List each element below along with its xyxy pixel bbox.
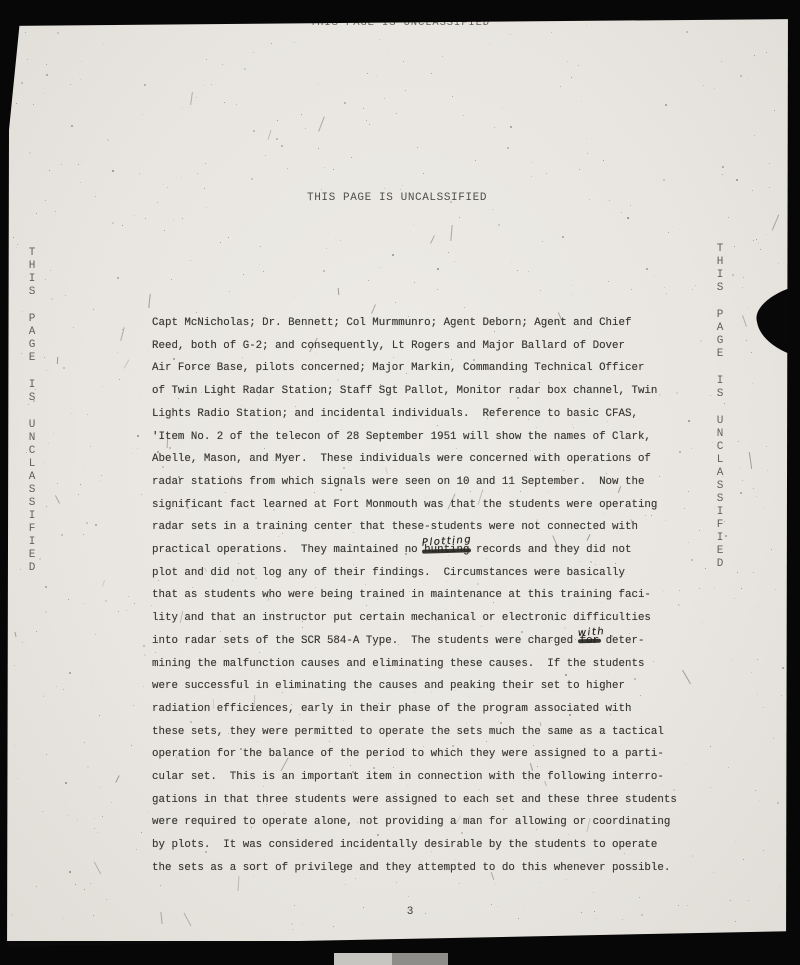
typed-line: radar stations from which signals were s… <box>152 471 677 494</box>
stamp-letter: I <box>24 273 40 286</box>
stamp-letter: H <box>24 260 40 273</box>
stamp-letter: S <box>712 388 728 401</box>
stamp-letter: L <box>24 458 40 471</box>
typed-line: practical operations. They maintained no… <box>152 539 677 562</box>
stamp-letter: P <box>712 309 728 322</box>
stamp-letter: I <box>24 379 40 392</box>
stamp-letter: N <box>24 432 40 445</box>
stamp-letter: E <box>24 352 40 365</box>
typed-line: operation for the balance of the period … <box>152 743 677 766</box>
typed-line: significant fact learned at Fort Monmout… <box>152 494 677 517</box>
typed-line: that as students who were being trained … <box>152 584 677 607</box>
stamp-letter: C <box>24 445 40 458</box>
struck-word: forwith <box>580 635 599 647</box>
stamp-letter: D <box>24 562 40 575</box>
typed-line: mining the malfunction causes and elimin… <box>152 653 677 676</box>
stamp-letter: C <box>712 441 728 454</box>
typed-line: Lights Radio Station; and incidental ind… <box>152 403 677 426</box>
stamp-letter: A <box>712 322 728 335</box>
stamp-letter: A <box>24 471 40 484</box>
stamp-letter: G <box>712 335 728 348</box>
stamp-letter: U <box>24 419 40 432</box>
stamp-letter: I <box>712 269 728 282</box>
typed-line: gations in that three students were assi… <box>152 789 677 812</box>
stamp-letter: S <box>712 480 728 493</box>
handwritten-note: Plotting <box>421 529 473 555</box>
stamp-letter: A <box>24 326 40 339</box>
stamp-letter: P <box>24 313 40 326</box>
right-stamp-vertical: THISPAGEISUNCLASSIFIED <box>712 243 728 571</box>
typed-line: Abelle, Mason, and Myer. These individua… <box>152 448 677 471</box>
stamp-letter: I <box>712 506 728 519</box>
stamp-letter: I <box>712 532 728 545</box>
typed-line: cular set. This is an important item in … <box>152 766 677 789</box>
typed-line: these sets, they were permitted to opera… <box>152 721 677 744</box>
typed-line: 'Item No. 2 of the telecon of 28 Septemb… <box>152 426 677 449</box>
stamp-letter: N <box>712 428 728 441</box>
stamp-letter: U <box>712 415 728 428</box>
stamp-letter: D <box>712 558 728 571</box>
stamp-letter: I <box>712 375 728 388</box>
typed-line: of Twin Light Radar Station; Staff Sgt P… <box>152 380 677 403</box>
stamp-letter: F <box>24 523 40 536</box>
stamp-letter: S <box>712 282 728 295</box>
stamp-letter: T <box>712 243 728 256</box>
stamp-letter: E <box>712 348 728 361</box>
handwritten-note: with <box>577 621 606 646</box>
stamp-letter: I <box>24 536 40 549</box>
typed-line: were required to operate alone, not prov… <box>152 811 677 834</box>
typed-line: Capt McNicholas; Dr. Bennett; Col Murmmu… <box>152 312 677 335</box>
typed-line: radiation efficiences, early in their ph… <box>152 698 677 721</box>
stamp-letter: S <box>24 286 40 299</box>
left-stamp-vertical: THISPAGEISUNCLASSIFIED <box>24 247 40 575</box>
typed-line: Reed, both of G-2; and consequently, Lt … <box>152 335 677 358</box>
typed-line: radar sets in a training center that the… <box>152 516 677 539</box>
typed-line: into radar sets of the SCR 584-A Type. T… <box>152 630 677 653</box>
stamp-letter: A <box>712 467 728 480</box>
typed-line: were successful in eliminating the cause… <box>152 675 677 698</box>
scanned-document-page: THIS PAGE IS UNCLASSIFIED THIS PAGE IS U… <box>0 0 800 965</box>
top-unclassified-stamp: THIS PAGE IS UNCLASSIFIED <box>0 17 800 29</box>
page-number: 3 <box>0 906 800 918</box>
stamp-letter: T <box>24 247 40 260</box>
stamp-letter: S <box>24 497 40 510</box>
typed-line: by plots. It was considered incidentally… <box>152 834 677 857</box>
bottom-light-patch <box>334 953 392 965</box>
stamp-letter: G <box>24 339 40 352</box>
typed-line: Air Force Base, pilots concerned; Major … <box>152 357 677 380</box>
struck-word: huntingPlotting <box>424 544 469 556</box>
bottom-gray-patch <box>392 953 448 965</box>
typed-line: plot and did not log any of their findin… <box>152 562 677 585</box>
body-text: Capt McNicholas; Dr. Bennett; Col Murmmu… <box>152 312 677 880</box>
stamp-letter: E <box>712 545 728 558</box>
stamp-letter: I <box>24 510 40 523</box>
stamp-letter: S <box>24 392 40 405</box>
stamp-letter: E <box>24 549 40 562</box>
center-unclassified-stamp: THIS PAGE IS UNCALSSIFIED <box>307 192 487 204</box>
stamp-letter: L <box>712 454 728 467</box>
stamp-letter: S <box>712 493 728 506</box>
stamp-letter: F <box>712 519 728 532</box>
typed-line: the sets as a sort of privilege and they… <box>152 857 677 880</box>
stamp-letter: H <box>712 256 728 269</box>
stamp-letter: S <box>24 484 40 497</box>
